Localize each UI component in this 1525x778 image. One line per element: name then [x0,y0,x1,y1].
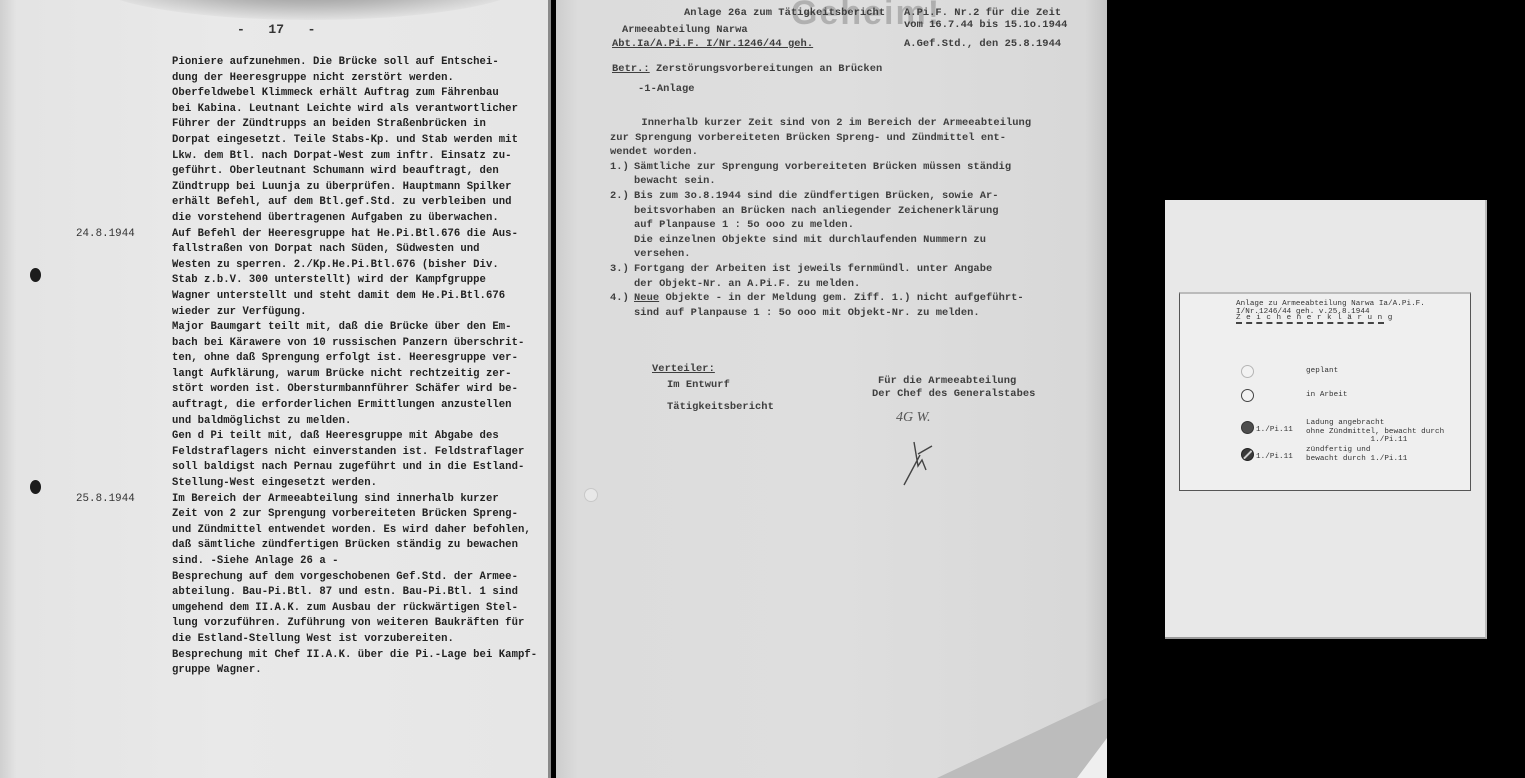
signature-line-2: Der Chef des Generalstabes [872,387,1035,402]
place-and-date: A.Gef.Std., den 25.8.1944 [904,37,1061,52]
circle-outline-light-icon [1241,365,1254,378]
unit-label: 1./Pi.11 [1256,453,1293,462]
unit-label: 1./Pi.11 [1256,426,1293,435]
circle-filled-slashed-icon [1241,448,1254,461]
punch-hole [30,480,41,494]
sender-org: Armeeabteilung Narwa [622,23,748,38]
subject-line: Betr.: Zerstörungsvorbereitungen an Brüc… [612,62,882,77]
legend-card: Anlage zu Armeeabteilung Narwa Ia/A.Pi.F… [1179,292,1471,491]
item-text: Neue Objekte - in der Meldung gem. Ziff.… [634,291,1024,320]
legend-label: Ladung angebracht ohne Zündmittel, bewac… [1306,419,1444,445]
item-number: 3.) [610,262,629,277]
legend-label: geplant [1306,367,1338,376]
punch-hole [584,488,598,502]
handwritten-initials: 4G W. [896,410,931,426]
annex-header-left: Anlage 26a zum Tätigkeitsbericht [684,6,885,21]
diary-body-text: Pioniere aufzunehmen. Die Brücke soll au… [172,55,537,679]
subject-text: Zerstörungsvorbereitungen an Brücken [656,63,882,75]
item-text: Sämtliche zur Sprengung vorbereiteten Br… [634,160,1011,189]
entry-date: 25.8.1944 [76,492,135,508]
item-number: 2.) [610,189,629,204]
reference-number: Abt.Ia/A.Pi.F. I/Nr.1246/44 geh. [612,37,813,52]
subject-label: Betr.: [612,63,650,75]
legend-label: in Arbeit [1306,391,1347,400]
distribution-label: Verteiler: [652,362,715,377]
distribution-item: Tätigkeitsbericht [667,400,774,415]
item-number: 1.) [610,160,629,175]
distribution-item: Im Entwurf [667,378,730,393]
intro-paragraph: Innerhalb kurzer Zeit sind von 2 im Bere… [610,116,1031,160]
war-diary-page-17: - 17 - 24.8.194425.8.1944 Pioniere aufzu… [0,0,551,778]
circle-filled-icon [1241,421,1254,434]
circle-outline-icon [1241,389,1254,402]
title-underline [1236,322,1384,324]
emphasis: Neue [634,292,659,304]
annex-26a-order-page: Geheim! Anlage 26a zum Tätigkeitsbericht… [556,0,1107,778]
handwritten-signature [896,430,936,490]
enclosure-note: -1-Anlage [638,82,695,97]
legend-label: zündfertig und bewacht durch 1./Pi.11 [1306,446,1407,463]
legend-sheet: Anlage zu Armeeabteilung Narwa Ia/A.Pi.F… [1165,200,1487,639]
page-number: - 17 - [237,22,316,38]
annex-header-right-2: vom 16.7.44 bis 15.1o.1944 [904,18,1067,33]
item-number: 4.) [610,291,629,306]
punch-hole [30,268,41,282]
item-text: Fortgang der Arbeiten ist jeweils fernmü… [634,262,992,291]
entry-date: 24.8.1944 [76,227,135,243]
item-text: Bis zum 3o.8.1944 sind die zündfertigen … [634,189,999,262]
